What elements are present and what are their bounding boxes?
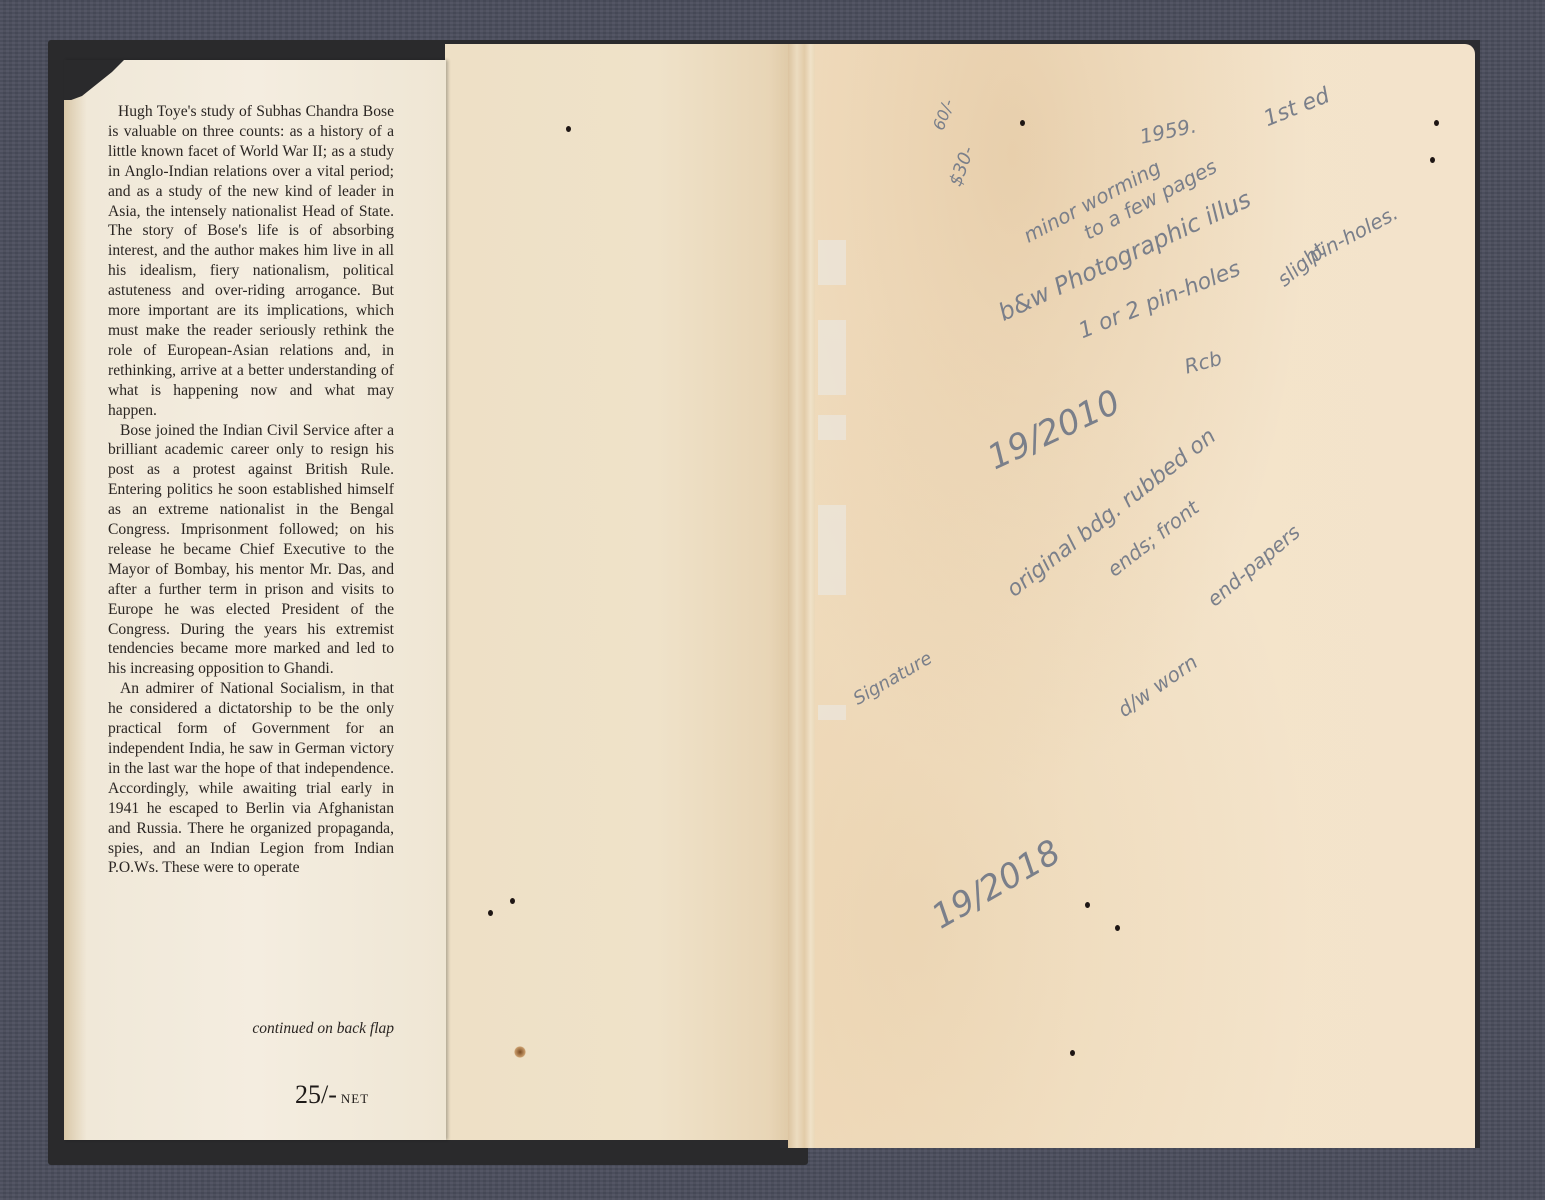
- foxing-stain: [514, 1046, 526, 1058]
- blurb-paragraph-1: Hugh Toye's study of Subhas Chandra Bose…: [108, 102, 394, 421]
- pinhole: [1070, 1050, 1075, 1056]
- price-label: 25/-NET: [295, 1080, 369, 1110]
- pinhole: [1115, 925, 1120, 931]
- price-suffix: NET: [341, 1091, 369, 1106]
- pinhole: [1020, 120, 1025, 126]
- hinge-tape: [818, 505, 846, 595]
- pinhole: [1434, 120, 1439, 126]
- blurb-paragraph-2: Bose joined the Indian Civil Service aft…: [108, 421, 394, 680]
- pinhole: [510, 898, 515, 904]
- hinge-tape: [818, 320, 846, 395]
- pinhole: [488, 910, 493, 916]
- pinhole: [1430, 157, 1435, 163]
- continued-note: continued on back flap: [200, 1020, 394, 1038]
- pinhole: [1085, 902, 1090, 908]
- flap-blurb: Hugh Toye's study of Subhas Chandra Bose…: [108, 102, 394, 878]
- hinge-tape: [818, 415, 846, 440]
- hinge-tape: [818, 705, 846, 720]
- pinhole: [566, 126, 571, 132]
- price-value: 25/-: [295, 1080, 337, 1109]
- front-pastedown-endpaper: [445, 44, 797, 1140]
- blurb-paragraph-3: An admirer of National Socialism, in tha…: [108, 679, 394, 878]
- hinge-tape: [818, 240, 846, 285]
- spine-gutter: [788, 44, 818, 1148]
